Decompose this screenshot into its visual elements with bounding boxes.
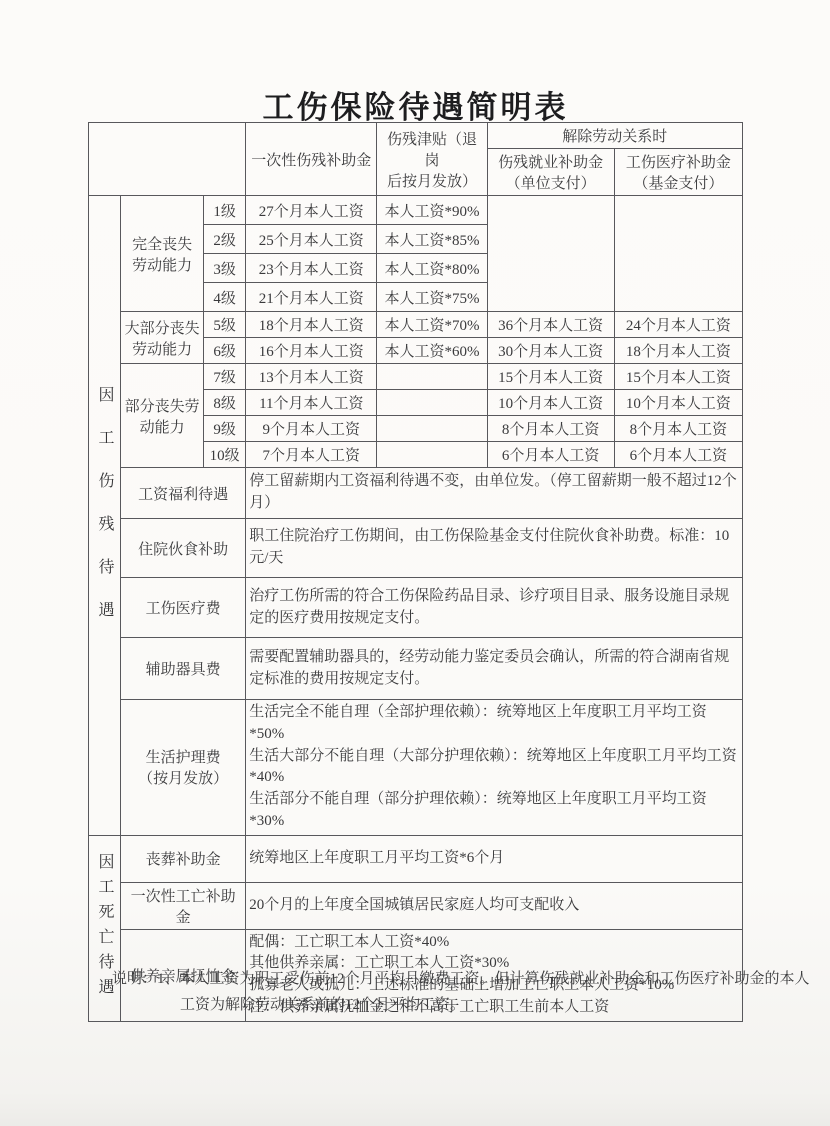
- table-row: 大部分丧失 劳动能力 5级 18个月本人工资 本人工资*70% 36个月本人工资…: [89, 312, 743, 338]
- grade-level-cell: 3级: [204, 254, 246, 283]
- lump-sum-value: 16个月本人工资: [246, 338, 377, 364]
- death-content-lump-sum: 20个月的上年度全国城镇居民家庭人均可支配收入: [246, 882, 743, 929]
- employment-subsidy-value: 36个月本人工资: [487, 312, 614, 338]
- grade-level-cell: 7级: [204, 364, 246, 390]
- header-lump-sum: 一次性伤残补助金: [246, 123, 377, 196]
- page-title: 工伤保险待遇简明表: [88, 82, 743, 127]
- death-content-funeral: 统筹地区上年度职工月平均工资*6个月: [246, 835, 743, 882]
- table-row: 一次性工亡补助金 20个月的上年度全国城镇居民家庭人均可支配收入: [89, 882, 743, 929]
- grade-level-cell: 2级: [204, 225, 246, 254]
- lump-sum-value: 11个月本人工资: [246, 390, 377, 416]
- benefit-content-medical-fee: 治疗工伤所需的符合工伤保险药品目录、诊疗项目目录、服务设施目录规定的医疗费用按规…: [246, 578, 743, 638]
- allowance-value: 本人工资*90%: [377, 196, 487, 225]
- death-label-lump-sum: 一次性工亡补助金: [121, 882, 246, 929]
- table-row: 因工死亡待遇 丧葬补助金 统筹地区上年度职工月平均工资*6个月: [89, 835, 743, 882]
- medical-subsidy-value: 18个月本人工资: [614, 338, 742, 364]
- employment-subsidy-value: 30个月本人工资: [487, 338, 614, 364]
- employment-subsidy-empty-cell: [487, 196, 614, 312]
- lump-sum-value: 13个月本人工资: [246, 364, 377, 390]
- medical-subsidy-value: 10个月本人工资: [614, 390, 742, 416]
- employment-subsidy-value: 15个月本人工资: [487, 364, 614, 390]
- benefit-content-wage-welfare: 停工留薪期内工资福利待遇不变，由单位发。（停工留薪期一般不超过12个月）: [246, 468, 743, 519]
- grade-level-cell: 1级: [204, 196, 246, 225]
- grade-level-cell: 8级: [204, 390, 246, 416]
- medical-subsidy-value: 6个月本人工资: [614, 442, 742, 468]
- lump-sum-value: 21个月本人工资: [246, 283, 377, 312]
- grade-level-cell: 5级: [204, 312, 246, 338]
- death-label-funeral: 丧葬补助金: [121, 835, 246, 882]
- employment-subsidy-value: 10个月本人工资: [487, 390, 614, 416]
- table-row: 因工伤残待遇 完全丧失 劳动能力 1级 27个月本人工资 本人工资*90%: [89, 196, 743, 225]
- table-row: 生活护理费 （按月发放） 生活完全不能自理（全部护理依赖）：统筹地区上年度职工月…: [89, 700, 743, 836]
- benefit-label-wage-welfare: 工资福利待遇: [121, 468, 246, 519]
- lump-sum-value: 9个月本人工资: [246, 416, 377, 442]
- lump-sum-value: 18个月本人工资: [246, 312, 377, 338]
- footnote: 说明：1、本人工资为职工受伤前12个月平均月缴费工资。但计算伤残就业补助金和工伤…: [112, 966, 814, 1019]
- lump-sum-value: 23个月本人工资: [246, 254, 377, 283]
- employment-subsidy-value: 8个月本人工资: [487, 416, 614, 442]
- allowance-value: 本人工资*60%: [377, 338, 487, 364]
- table-row: 工资福利待遇 停工留薪期内工资福利待遇不变，由单位发。（停工留薪期一般不超过12…: [89, 468, 743, 519]
- benefit-label-life-care: 生活护理费 （按月发放）: [121, 700, 246, 836]
- grade-level-cell: 9级: [204, 416, 246, 442]
- medical-subsidy-empty-cell: [614, 196, 742, 312]
- benefit-content-assistive-device: 需要配置辅助器具的，经劳动能力鉴定委员会确认，所需的符合湖南省规定标准的费用按规…: [246, 638, 743, 700]
- allowance-value: 本人工资*70%: [377, 312, 487, 338]
- header-termination: 解除劳动关系时: [487, 123, 742, 149]
- allowance-empty-cell: [377, 416, 487, 442]
- benefit-label-medical-fee: 工伤医疗费: [121, 578, 246, 638]
- header-allowance: 伤残津贴（退岗 后按月发放）: [377, 123, 487, 196]
- table-row: 工伤医疗费 治疗工伤所需的符合工伤保险药品目录、诊疗项目目录、服务设施目录规定的…: [89, 578, 743, 638]
- section-label-disability: 因工伤残待遇: [93, 386, 116, 644]
- allowance-empty-cell: [377, 390, 487, 416]
- benefits-table: 一次性伤残补助金 伤残津贴（退岗 后按月发放） 解除劳动关系时 伤残就业补助金 …: [88, 122, 743, 1022]
- scanned-document-page: 工伤保险待遇简明表 一次性伤残补助金 伤残津贴（退岗 后按月发放） 解除劳动关系…: [0, 0, 830, 1126]
- benefit-label-hospital-meal: 住院伙食补助: [121, 519, 246, 578]
- employment-subsidy-value: 6个月本人工资: [487, 442, 614, 468]
- group-label-total-loss: 完全丧失 劳动能力: [121, 196, 204, 312]
- allowance-empty-cell: [377, 442, 487, 468]
- grade-level-cell: 6级: [204, 338, 246, 364]
- allowance-value: 本人工资*75%: [377, 283, 487, 312]
- section-label-disability-cell: 因工伤残待遇: [89, 196, 121, 836]
- table-row: 住院伙食补助 职工住院治疗工伤期间，由工伤保险基金支付住院伙食补助费。标准：10…: [89, 519, 743, 578]
- medical-subsidy-value: 15个月本人工资: [614, 364, 742, 390]
- allowance-value: 本人工资*80%: [377, 254, 487, 283]
- medical-subsidy-value: 24个月本人工资: [614, 312, 742, 338]
- group-label-partial-loss: 部分丧失劳 动能力: [121, 364, 204, 468]
- allowance-value: 本人工资*85%: [377, 225, 487, 254]
- benefit-content-hospital-meal: 职工住院治疗工伤期间，由工伤保险基金支付住院伙食补助费。标准：10元/天: [246, 519, 743, 578]
- header-medical-subsidy: 工伤医疗补助金 （基金支付）: [614, 149, 742, 196]
- lump-sum-value: 25个月本人工资: [246, 225, 377, 254]
- lump-sum-value: 27个月本人工资: [246, 196, 377, 225]
- lump-sum-value: 7个月本人工资: [246, 442, 377, 468]
- group-label-major-loss: 大部分丧失 劳动能力: [121, 312, 204, 364]
- allowance-empty-cell: [377, 364, 487, 390]
- header-blank-cell: [89, 123, 246, 196]
- table-header-row-1: 一次性伤残补助金 伤残津贴（退岗 后按月发放） 解除劳动关系时: [89, 123, 743, 149]
- benefit-label-assistive-device: 辅助器具费: [121, 638, 246, 700]
- medical-subsidy-value: 8个月本人工资: [614, 416, 742, 442]
- table-row: 辅助器具费 需要配置辅助器具的，经劳动能力鉴定委员会确认，所需的符合湖南省规定标…: [89, 638, 743, 700]
- table-row: 部分丧失劳 动能力 7级 13个月本人工资 15个月本人工资 15个月本人工资: [89, 364, 743, 390]
- header-employment-subsidy: 伤残就业补助金 （单位支付）: [487, 149, 614, 196]
- grade-level-cell: 10级: [204, 442, 246, 468]
- benefit-content-life-care: 生活完全不能自理（全部护理依赖）：统筹地区上年度职工月平均工资*50% 生活大部…: [246, 700, 743, 836]
- grade-level-cell: 4级: [204, 283, 246, 312]
